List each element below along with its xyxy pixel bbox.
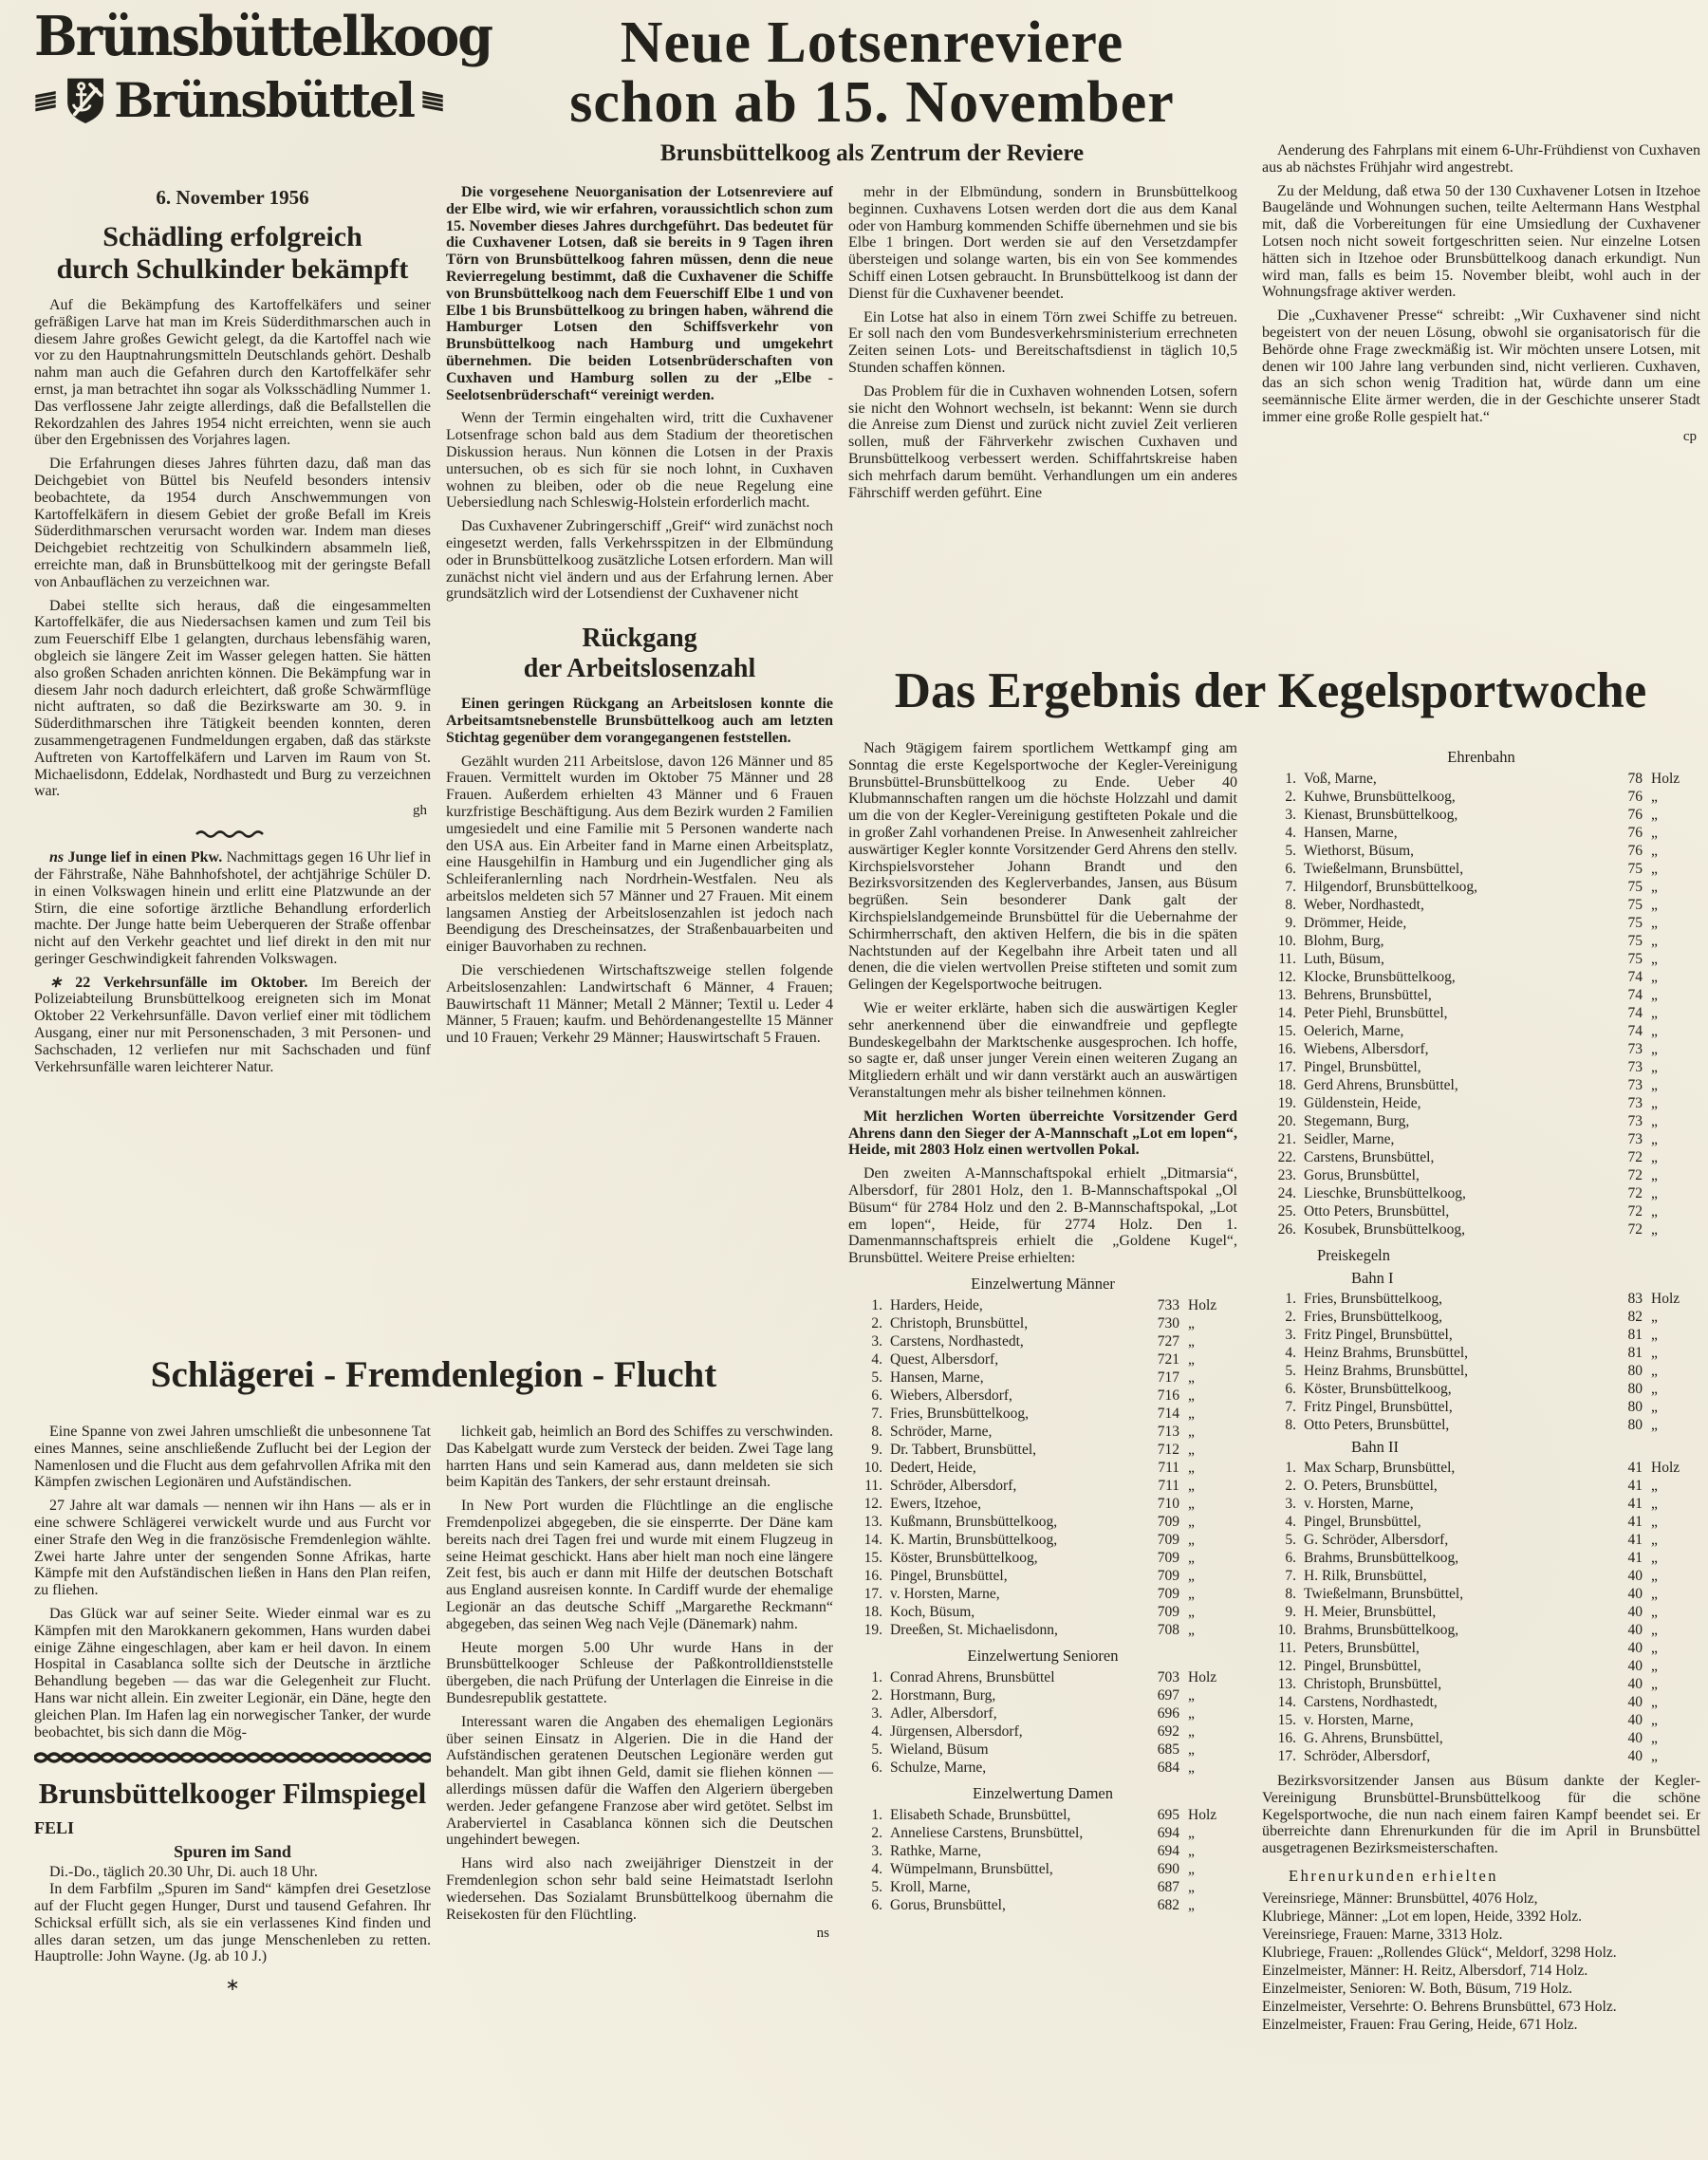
result-row: 5.Wiethorst, Büsum,76„ [1262,842,1700,860]
result-row: 1.Harders, Heide,733Holz [848,1296,1237,1314]
ehrenurkunde-line: Vereinsriege, Männer: Brunsbüttel, 4076 … [1262,1890,1700,1908]
result-row: 2.Christoph, Brunsbüttel,730„ [848,1314,1237,1332]
paragraph: Einen geringen Rückgang an Arbeitslosen … [446,696,833,746]
result-row: 8.Schröder, Marne,713„ [848,1423,1237,1441]
result-row: 6.Gorus, Brunsbüttel,682„ [848,1896,1237,1914]
ehrenurkunde-line: Einzelmeister, Senioren: W. Both, Büsum,… [1262,1980,1700,1998]
result-row: 3.Fritz Pingel, Brunsbüttel,81„ [1262,1326,1700,1344]
result-row: 15.Oelerich, Marne,74„ [1262,1022,1700,1040]
lead-story-byline: cp [1262,429,1697,445]
result-row: 2.Kuhwe, Brunsbüttelkoog,76„ [1262,788,1700,806]
kegel-body: Nach 9tägigem fairem sportlichem Wettkam… [848,740,1237,1267]
lead-story-col1: Die vorgesehene Neuorganisation der Lots… [446,184,833,603]
rope-divider-icon [34,1750,431,1765]
film-title: Spuren im Sand [34,1842,431,1862]
result-row: 20.Stegemann, Burg,73„ [1262,1112,1700,1130]
lead-headline-block: Neue Lotsenreviere schon ab 15. November… [444,13,1300,167]
paragraph: Die verschiedenen Wirtschaftszweige stel… [446,962,833,1047]
list-header-preiskegeln: Preiskegeln [1317,1246,1700,1265]
result-row: 17.Schröder, Albersdorf,40„ [1262,1747,1700,1765]
ribbon-icon [34,84,57,117]
lead-headline-line1: Neue Lotsenreviere [444,13,1300,73]
paragraph: Die vorgesehene Neuorganisation der Lots… [446,184,833,403]
column-c-bottom: Nach 9tägigem fairem sportlichem Wettkam… [848,740,1237,2154]
list-header-bahn2: Bahn II [1351,1438,1700,1457]
column-b-bottom: lichkeit gab, heimlich an Bord des Schif… [446,1424,833,2160]
paragraph: Zu der Meldung, daß etwa 50 der 130 Cuxh… [1262,183,1700,302]
result-row: 4.Heinz Brahms, Brunsbüttel,81„ [1262,1344,1700,1362]
result-row: 3.Adler, Albersdorf,696„ [848,1704,1237,1722]
ehrenurkunde-line: Einzelmeister, Männer: H. Reitz, Albersd… [1262,1962,1700,1980]
ehrenurkunde-line: Klubriege, Männer: „Lot em lopen, Heide,… [1262,1908,1700,1926]
result-row: 16.G. Ahrens, Brunsbüttel,40„ [1262,1729,1700,1747]
result-row: 1.Max Scharp, Brunsbüttel,41Holz [1262,1459,1700,1477]
paragraph: Das Cuxhavener Zubringerschiff „Greif“ w… [446,518,833,603]
result-row: 8.Otto Peters, Brunsbüttel,80„ [1262,1416,1700,1434]
ehrenurkunde-line: Klubriege, Frauen: „Rollendes Glück“, Me… [1262,1944,1700,1962]
result-row: 1.Voß, Marne,78Holz [1262,770,1700,788]
paragraph: Interessant waren die Angaben des ehemal… [446,1714,833,1849]
paragraph: lichkeit gab, heimlich an Bord des Schif… [446,1424,833,1491]
result-row: 3.v. Horsten, Marne,41„ [1262,1495,1700,1513]
result-row: 5.Kroll, Marne,687„ [848,1878,1237,1896]
result-row: 10.Brahms, Brunsbüttelkoog,40„ [1262,1621,1700,1639]
paragraph: Die „Cuxhavener Presse“ schreibt: „Wir C… [1262,307,1700,426]
paragraph: Nach 9tägigem fairem sportlichem Wettkam… [848,740,1237,994]
result-row: 18.Koch, Büsum,709„ [848,1603,1237,1621]
result-row: 3.Carstens, Nordhastedt,727„ [848,1332,1237,1350]
pest-article-body: Auf die Bekämpfung des Kartoffelkäfers u… [34,297,431,800]
list-header-bahn1: Bahn I [1351,1269,1700,1288]
legion-col2: lichkeit gab, heimlich an Bord des Schif… [446,1424,833,1923]
news-briefs: ns Junge lief in einen Pkw. Nachmittags … [34,849,431,1075]
lead-story-col3: Aenderung des Fahrplans mit einem 6-Uhr-… [1262,142,1700,426]
section-end-mark: ∗ [34,1975,431,1995]
lead-story-col2: mehr in der Elbmündung, sondern in Bruns… [848,184,1237,501]
ehrenurkunde-line: Einzelmeister, Frauen: Frau Gering, Heid… [1262,2016,1700,2034]
ehrenurkunde-line: Vereinsriege, Frauen: Marne, 3313 Holz. [1262,1926,1700,1944]
result-row: 13.Christoph, Brunsbüttel,40„ [1262,1675,1700,1693]
result-row: 1.Fries, Brunsbüttelkoog,83Holz [1262,1290,1700,1308]
result-row: 14.Carstens, Nordhastedt,40„ [1262,1693,1700,1711]
legion-col1: Eine Spanne von zwei Jahren umschließt d… [34,1424,431,1741]
result-row: 4.Wümpelmann, Brunsbüttel,690„ [848,1860,1237,1878]
pest-article-headline: Schädling erfolgreich durch Schulkinder … [34,221,431,286]
kegel-headline: Das Ergebnis der Kegelsportwoche [841,662,1700,719]
result-row: 1.Conrad Ahrens, Brunsbüttel703Holz [848,1668,1237,1686]
result-row: 17.v. Horsten, Marne,709„ [848,1585,1237,1603]
masthead-title-line1: Brünsbüttelkoog [34,9,444,65]
column-d-top: Aenderung des Fahrplans mit einem 6-Uhr-… [1262,142,1700,655]
result-row: 5.G. Schröder, Albersdorf,41„ [1262,1531,1700,1549]
paragraph: Gezählt wurden 211 Arbeitslose, davon 12… [446,754,833,957]
list-senioren: 1.Conrad Ahrens, Brunsbüttel703Holz2.Hor… [848,1668,1237,1777]
list-ehrenbahn: 1.Voß, Marne,78Holz2.Kuhwe, Brunsbüttelk… [1262,770,1700,1238]
pest-article-byline: gh [34,803,427,819]
result-row: 19.Dreeßen, St. Michaelisdonn,708„ [848,1621,1237,1639]
jobless-body: Einen geringen Rückgang an Arbeitslosen … [446,696,833,1047]
legion-headline: Schlägerei - Fremdenlegion - Flucht [34,1353,833,1396]
paragraph: Wenn der Termin eingehalten wird, tritt … [446,410,833,512]
result-row: 5.Heinz Brahms, Brunsbüttel,80„ [1262,1362,1700,1380]
result-row: 9.Dr. Tabbert, Brunsbüttel,712„ [848,1441,1237,1459]
list-header-ehrenbahn: Ehrenbahn [1262,748,1700,767]
ehrenurkunde-line: Einzelmeister, Versehrte: O. Behrens Bru… [1262,1998,1700,2016]
result-row: 7.H. Rilk, Brunsbüttel,40„ [1262,1567,1700,1585]
column-a-bottom: Eine Spanne von zwei Jahren umschließt d… [34,1424,431,2160]
masthead: Brünsbüttelkoog [34,9,444,137]
result-row: 2.Fries, Brunsbüttelkoog,82„ [1262,1308,1700,1326]
result-row: 16.Pingel, Brunsbüttel,709„ [848,1567,1237,1585]
lead-headline-line2: schon ab 15. November [444,73,1300,133]
result-row: 5.Hansen, Marne,717„ [848,1369,1237,1387]
kegel-closing-paragraph: Bezirksvorsitzender Jansen aus Büsum dan… [1262,1773,1700,1857]
paragraph: Mit herzlichen Worten überreichte Vorsit… [848,1108,1237,1159]
result-row: 18.Gerd Ahrens, Brunsbüttel,73„ [1262,1076,1700,1094]
list-bahn1: 1.Fries, Brunsbüttelkoog,83Holz2.Fries, … [1262,1290,1700,1434]
result-row: 9.Drömmer, Heide,75„ [1262,914,1700,932]
column-a: 6. November 1956 Schädling erfolgreich d… [34,184,431,1350]
result-row: 6.Wiebers, Albersdorf,716„ [848,1387,1237,1405]
paragraph: Dabei stellte sich heraus, daß die einge… [34,598,431,801]
result-row: 2.Horstmann, Burg,697„ [848,1686,1237,1704]
result-row: 3.Kienast, Brunsbüttelkoog,76„ [1262,806,1700,824]
issue-date: 6. November 1956 [34,186,431,210]
result-row: 3.Rathke, Marne,694„ [848,1842,1237,1860]
lead-subhead: Brunsbüttelkoog als Zentrum der Reviere [444,140,1300,167]
column-d-bottom: Ehrenbahn 1.Voß, Marne,78Holz2.Kuhwe, Br… [1262,740,1700,2154]
list-header-maenner: Einzelwertung Männer [848,1275,1237,1294]
jobless-headline: Rückgang der Arbeitslosenzahl [446,624,833,684]
list-damen: 1.Elisabeth Schade, Brunsbüttel,695Holz2… [848,1806,1237,1914]
paragraph: Das Problem für die in Cuxhaven wohnende… [848,383,1237,502]
result-row: 6.Köster, Brunsbüttelkoog,80„ [1262,1380,1700,1398]
result-row: 11.Peters, Brunsbüttel,40„ [1262,1639,1700,1657]
town-crest-icon [65,65,106,137]
paragraph: Das Glück war auf seiner Seite. Wieder e… [34,1606,431,1741]
paragraph: mehr in der Elbmündung, sondern in Bruns… [848,184,1237,303]
result-row: 15.Köster, Brunsbüttelkoog,709„ [848,1549,1237,1567]
result-row: 4.Pingel, Brunsbüttel,41„ [1262,1513,1700,1531]
result-row: 14.K. Martin, Brunsbüttelkoog,709„ [848,1531,1237,1549]
news-brief: ns Junge lief in einen Pkw. Nachmittags … [34,849,431,968]
column-c-top: mehr in der Elbmündung, sondern in Bruns… [848,184,1237,655]
result-row: 16.Wiebens, Albersdorf,73„ [1262,1040,1700,1058]
film-description: In dem Farbfilm „Spuren im Sand“ kämpfen… [34,1881,431,1965]
ehrenurkunden-list: Vereinsriege, Männer: Brunsbüttel, 4076 … [1262,1890,1700,2034]
list-maenner: 1.Harders, Heide,733Holz2.Christoph, Bru… [848,1296,1237,1639]
list-bahn2: 1.Max Scharp, Brunsbüttel,41Holz2.O. Pet… [1262,1459,1700,1765]
result-row: 13.Kußmann, Brunsbüttelkoog,709„ [848,1513,1237,1531]
result-row: 4.Hansen, Marne,76„ [1262,824,1700,842]
result-row: 19.Güldenstein, Heide,73„ [1262,1094,1700,1112]
list-header-damen: Einzelwertung Damen [848,1784,1237,1803]
result-row: 21.Seidler, Marne,73„ [1262,1130,1700,1148]
legion-byline: ns [446,1926,829,1942]
result-row: 12.Pingel, Brunsbüttel,40„ [1262,1657,1700,1675]
result-row: 11.Luth, Büsum,75„ [1262,950,1700,968]
result-row: 9.H. Meier, Brunsbüttel,40„ [1262,1603,1700,1621]
result-row: 2.O. Peters, Brunsbüttel,41„ [1262,1477,1700,1495]
result-row: 12.Klocke, Brunsbüttelkoog,74„ [1262,968,1700,986]
result-row: 13.Behrens, Brunsbüttel,74„ [1262,986,1700,1004]
result-row: 6.Brahms, Brunsbüttelkoog,41„ [1262,1549,1700,1567]
result-row: 7.Fries, Brunsbüttelkoog,714„ [848,1405,1237,1423]
result-row: 25.Otto Peters, Brunsbüttel,72„ [1262,1202,1700,1220]
cinema-name: FELI [34,1818,431,1838]
paragraph: Ein Lotse hat also in einem Törn zwei Sc… [848,309,1237,377]
result-row: 5.Wieland, Büsum685„ [848,1741,1237,1759]
ehrenurkunden-header: Ehrenurkunden erhielten [1289,1867,1700,1886]
result-row: 7.Hilgendorf, Brunsbüttelkoog,75„ [1262,878,1700,896]
result-row: 10.Dedert, Heide,711„ [848,1459,1237,1477]
result-row: 4.Jürgensen, Albersdorf,692„ [848,1722,1237,1741]
result-row: 1.Elisabeth Schade, Brunsbüttel,695Holz [848,1806,1237,1824]
paragraph: Heute morgen 5.00 Uhr wurde Hans in der … [446,1640,833,1707]
result-row: 24.Lieschke, Brunsbüttelkoog,72„ [1262,1184,1700,1202]
result-row: 4.Quest, Albersdorf,721„ [848,1350,1237,1369]
result-row: 14.Peter Piehl, Brunsbüttel,74„ [1262,1004,1700,1022]
ribbon-icon [421,84,444,117]
result-row: 6.Twießelmann, Brunsbüttel,75„ [1262,860,1700,878]
result-row: 11.Schröder, Albersdorf,711„ [848,1477,1237,1495]
masthead-title-line2-row: Brünsbüttel [34,65,444,137]
result-row: 12.Ewers, Itzehoe,710„ [848,1495,1237,1513]
result-row: 22.Carstens, Brunsbüttel,72„ [1262,1148,1700,1166]
result-row: 8.Twießelmann, Brunsbüttel,40„ [1262,1585,1700,1603]
result-row: 26.Kosubek, Brunsbüttelkoog,72„ [1262,1220,1700,1238]
paragraph: Auf die Bekämpfung des Kartoffelkäfers u… [34,297,431,449]
paragraph: 27 Jahre alt war damals — nennen wir ihn… [34,1498,431,1599]
paragraph: In New Port wurden die Flüchtlinge an di… [446,1498,833,1632]
newspaper-page: Brünsbüttelkoog [0,0,1708,2160]
result-row: 23.Gorus, Brunsbüttel,72„ [1262,1166,1700,1184]
result-row: 15.v. Horsten, Marne,40„ [1262,1711,1700,1729]
result-row: 2.Anneliese Carstens, Brunsbüttel,694„ [848,1824,1237,1842]
result-row: 6.Schulze, Marne,684„ [848,1759,1237,1777]
masthead-title-line2: Brünsbüttel [114,75,414,126]
column-b: Die vorgesehene Neuorganisation der Lots… [446,184,833,1350]
list-header-senioren: Einzelwertung Senioren [848,1647,1237,1666]
result-row: 8.Weber, Nordhastedt,75„ [1262,896,1700,914]
paragraph: Die Erfahrungen dieses Jahres führten da… [34,456,431,590]
film-section-headline: Brunsbüttelkooger Filmspiegel [34,1777,431,1811]
news-brief: ∗ 22 Verkehrsunfälle im Oktober. Im Bere… [34,975,431,1076]
result-row: 7.Fritz Pingel, Brunsbüttel,80„ [1262,1398,1700,1416]
squiggle-divider-icon [195,829,270,840]
paragraph: Wie er weiter erklärte, haben sich die a… [848,1000,1237,1102]
paragraph: Hans wird also nach zweijähriger Dienstz… [446,1855,833,1923]
result-row: 17.Pingel, Brunsbüttel,73„ [1262,1058,1700,1076]
paragraph: Eine Spanne von zwei Jahren umschließt d… [34,1424,431,1491]
result-row: 10.Blohm, Burg,75„ [1262,932,1700,950]
film-times: Di.-Do., täglich 20.30 Uhr, Di. auch 18 … [34,1864,431,1881]
paragraph: Den zweiten A-Mannschaftspokal erhielt „… [848,1165,1237,1267]
paragraph: Aenderung des Fahrplans mit einem 6-Uhr-… [1262,142,1700,177]
